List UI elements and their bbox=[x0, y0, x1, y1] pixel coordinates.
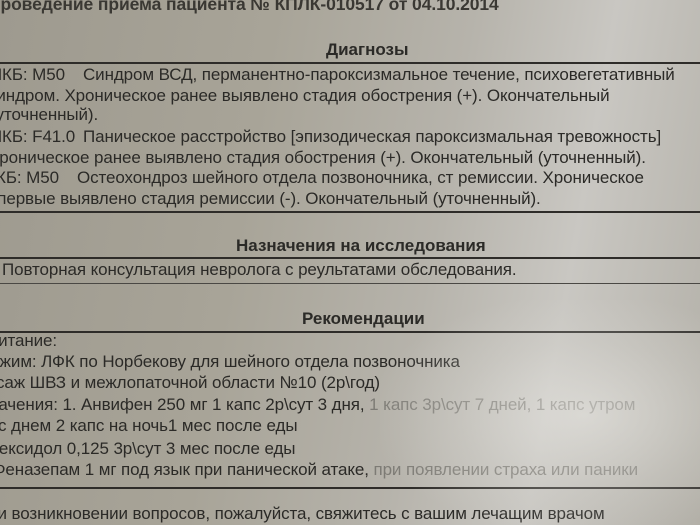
diagnosis-3-line-1: МКБ: М50Остеохондроз шейного отдела позв… bbox=[0, 168, 644, 188]
medical-document: Проведение приема пациента № КПЛК-010517… bbox=[0, 0, 700, 525]
prescription-3: 3. Феназепам 1 мг под язык при паническо… bbox=[0, 460, 369, 479]
recommendation-line: Назначения: 1. Анвифен 250 мг 1 капс 2р\… bbox=[0, 395, 635, 415]
recommendations-heading: Рекомендации bbox=[302, 309, 425, 329]
diagnosis-1-line-1: МКБ: М50Синдром ВСД, перманентно-парокси… bbox=[0, 65, 675, 85]
diagnosis-1-text: Синдром ВСД, перманентно-пароксизмальное… bbox=[83, 65, 675, 84]
prescription-3-continued: при появлении страха или паники bbox=[373, 460, 638, 479]
recommendation-line: Питание: bbox=[0, 331, 57, 351]
recommendations-end-rule bbox=[0, 487, 700, 489]
diagnoses-end-rule bbox=[0, 211, 700, 213]
examinations-end-rule bbox=[0, 283, 700, 284]
footer-note: При возникновении вопросов, пожалуйста, … bbox=[0, 504, 605, 524]
diagnoses-heading: Диагнозы bbox=[326, 40, 409, 60]
examinations-rule bbox=[0, 257, 700, 259]
diagnosis-2-text: Паническое расстройство [эпизодическая п… bbox=[83, 127, 661, 146]
prescription-1-continued: 1 капс 3р\сут 7 дней, 1 капс утром bbox=[369, 395, 635, 414]
examinations-heading: Назначения на исследования bbox=[236, 236, 486, 256]
diagnosis-1-code: МКБ: М50 bbox=[0, 65, 83, 85]
examinations-text: Повторная консультация невролога с реуль… bbox=[2, 260, 516, 280]
recommendation-line: 3. Феназепам 1 мг под язык при паническо… bbox=[0, 460, 638, 480]
document-title: Проведение приема пациента № КПЛК-010517… bbox=[0, 0, 499, 15]
recommendation-line: Режим: ЛФК по Норбекову для шейного отде… bbox=[0, 352, 460, 372]
diagnosis-2-code: МКБ: F41.0 bbox=[0, 127, 83, 147]
diagnosis-3-text: Остеохондроз шейного отдела позвоночника… bbox=[77, 168, 644, 187]
diagnosis-3-line-2: Впервые выявлено стадия ремиссии (-). Ок… bbox=[0, 189, 541, 209]
recommendations-rule bbox=[0, 331, 700, 333]
recommendation-line: и с днем 2 капс на ночь1 мес после еды bbox=[0, 416, 297, 436]
recommendation-line: Массаж ШВЗ и межлопаточной области №10 (… bbox=[0, 373, 380, 393]
diagnosis-2-line-2: Хроническое ранее выявлено стадия обостр… bbox=[0, 148, 646, 168]
diagnosis-1-line-2: синдром. Хроническое ранее выявлено стад… bbox=[0, 86, 610, 106]
diagnosis-3-code: МКБ: М50 bbox=[0, 168, 77, 188]
recommendation-line: 2. Мексидол 0,125 3р\сут 3 мес после еды bbox=[0, 439, 295, 459]
diagnosis-1-line-3: (уточненный). bbox=[0, 105, 98, 125]
prescription-1: Назначения: 1. Анвифен 250 мг 1 капс 2р\… bbox=[0, 395, 365, 414]
diagnoses-rule bbox=[0, 62, 700, 64]
diagnosis-2-line-1: МКБ: F41.0Паническое расстройство [эпизо… bbox=[0, 127, 661, 147]
